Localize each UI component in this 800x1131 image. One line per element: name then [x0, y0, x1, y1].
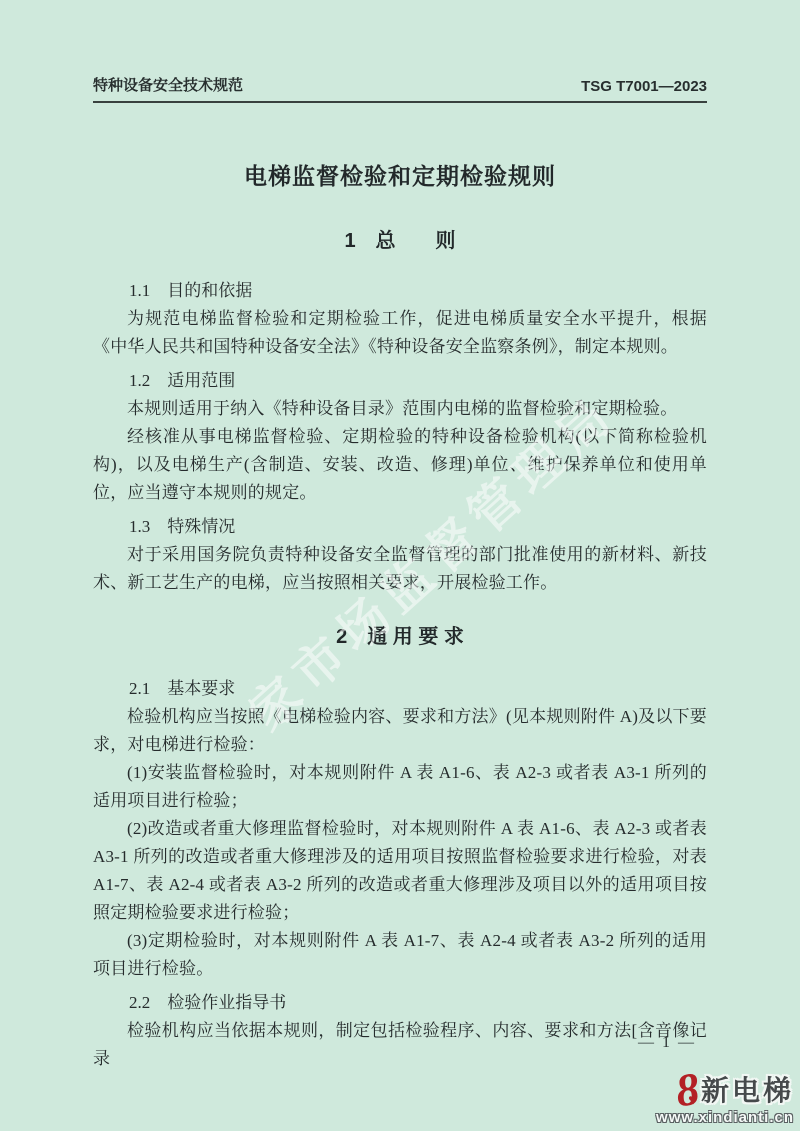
- page-header: 特种设备安全技术规范 TSG T7001—2023: [93, 74, 707, 103]
- paragraph: (3)定期检验时，对本规则附件 A 表 A1-7、表 A2-4 或者表 A3-2…: [93, 927, 707, 983]
- site-logo-url: www.xindianti.cn: [656, 1109, 794, 1126]
- subsection-1-1-heading: 1.1 目的和依据: [93, 277, 707, 305]
- site-logo-row: 8♥ 新电梯: [656, 1069, 794, 1110]
- paragraph: 检验机构应当依据本规则，制定包括检验程序、内容、要求和方法[含音像记录: [93, 1017, 707, 1073]
- logo-heart-icon: ♥: [688, 1093, 699, 1108]
- paragraph: 为规范电梯监督检验和定期检验工作，促进电梯质量安全水平提升，根据《中华人民共和国…: [93, 305, 707, 361]
- chapter-2-heading: 2 通 用 要 求: [93, 623, 707, 651]
- document-page: 特种设备安全技术规范 TSG T7001—2023 电梯监督检验和定期检验规则 …: [0, 0, 800, 1131]
- paragraph: 检验机构应当按照《电梯检验内容、要求和方法》(见本规则附件 A)及以下要求，对电…: [93, 703, 707, 759]
- paragraph: 经核准从事电梯监督检验、定期检验的特种设备检验机构(以下简称检验机构)，以及电梯…: [93, 423, 707, 507]
- header-right-code: TSG T7001—2023: [581, 78, 707, 95]
- chapter-1-heading: 1 总 则: [93, 227, 707, 255]
- site-logo: 8♥ 新电梯 www.xindianti.cn: [656, 1069, 794, 1126]
- subsection-2-1-heading: 2.1 基本要求: [93, 675, 707, 703]
- subsection-1-2-heading: 1.2 适用范围: [93, 367, 707, 395]
- paragraph: 本规则适用于纳入《特种设备目录》范围内电梯的监督检验和定期检验。: [93, 395, 707, 423]
- document-title: 电梯监督检验和定期检验规则: [93, 158, 707, 191]
- paragraph: (2)改造或者重大修理监督检验时，对本规则附件 A 表 A1-6、表 A2-3 …: [93, 815, 707, 927]
- page-number: — 1 —: [638, 1034, 696, 1052]
- logo-8-icon: 8♥: [673, 1067, 702, 1111]
- subsection-2-2-heading: 2.2 检验作业指导书: [93, 989, 707, 1017]
- site-logo-name: 新电梯: [701, 1069, 794, 1109]
- paragraph: (1)安装监督检验时，对本规则附件 A 表 A1-6、表 A2-3 或者表 A3…: [93, 759, 707, 815]
- paragraph: 对于采用国务院负责特种设备安全监督管理的部门批准使用的新材料、新技术、新工艺生产…: [93, 541, 707, 597]
- document-body: 电梯监督检验和定期检验规则 1 总 则 1.1 目的和依据 为规范电梯监督检验和…: [93, 140, 707, 1073]
- header-left-title: 特种设备安全技术规范: [93, 74, 243, 95]
- subsection-1-3-heading: 1.3 特殊情况: [93, 513, 707, 541]
